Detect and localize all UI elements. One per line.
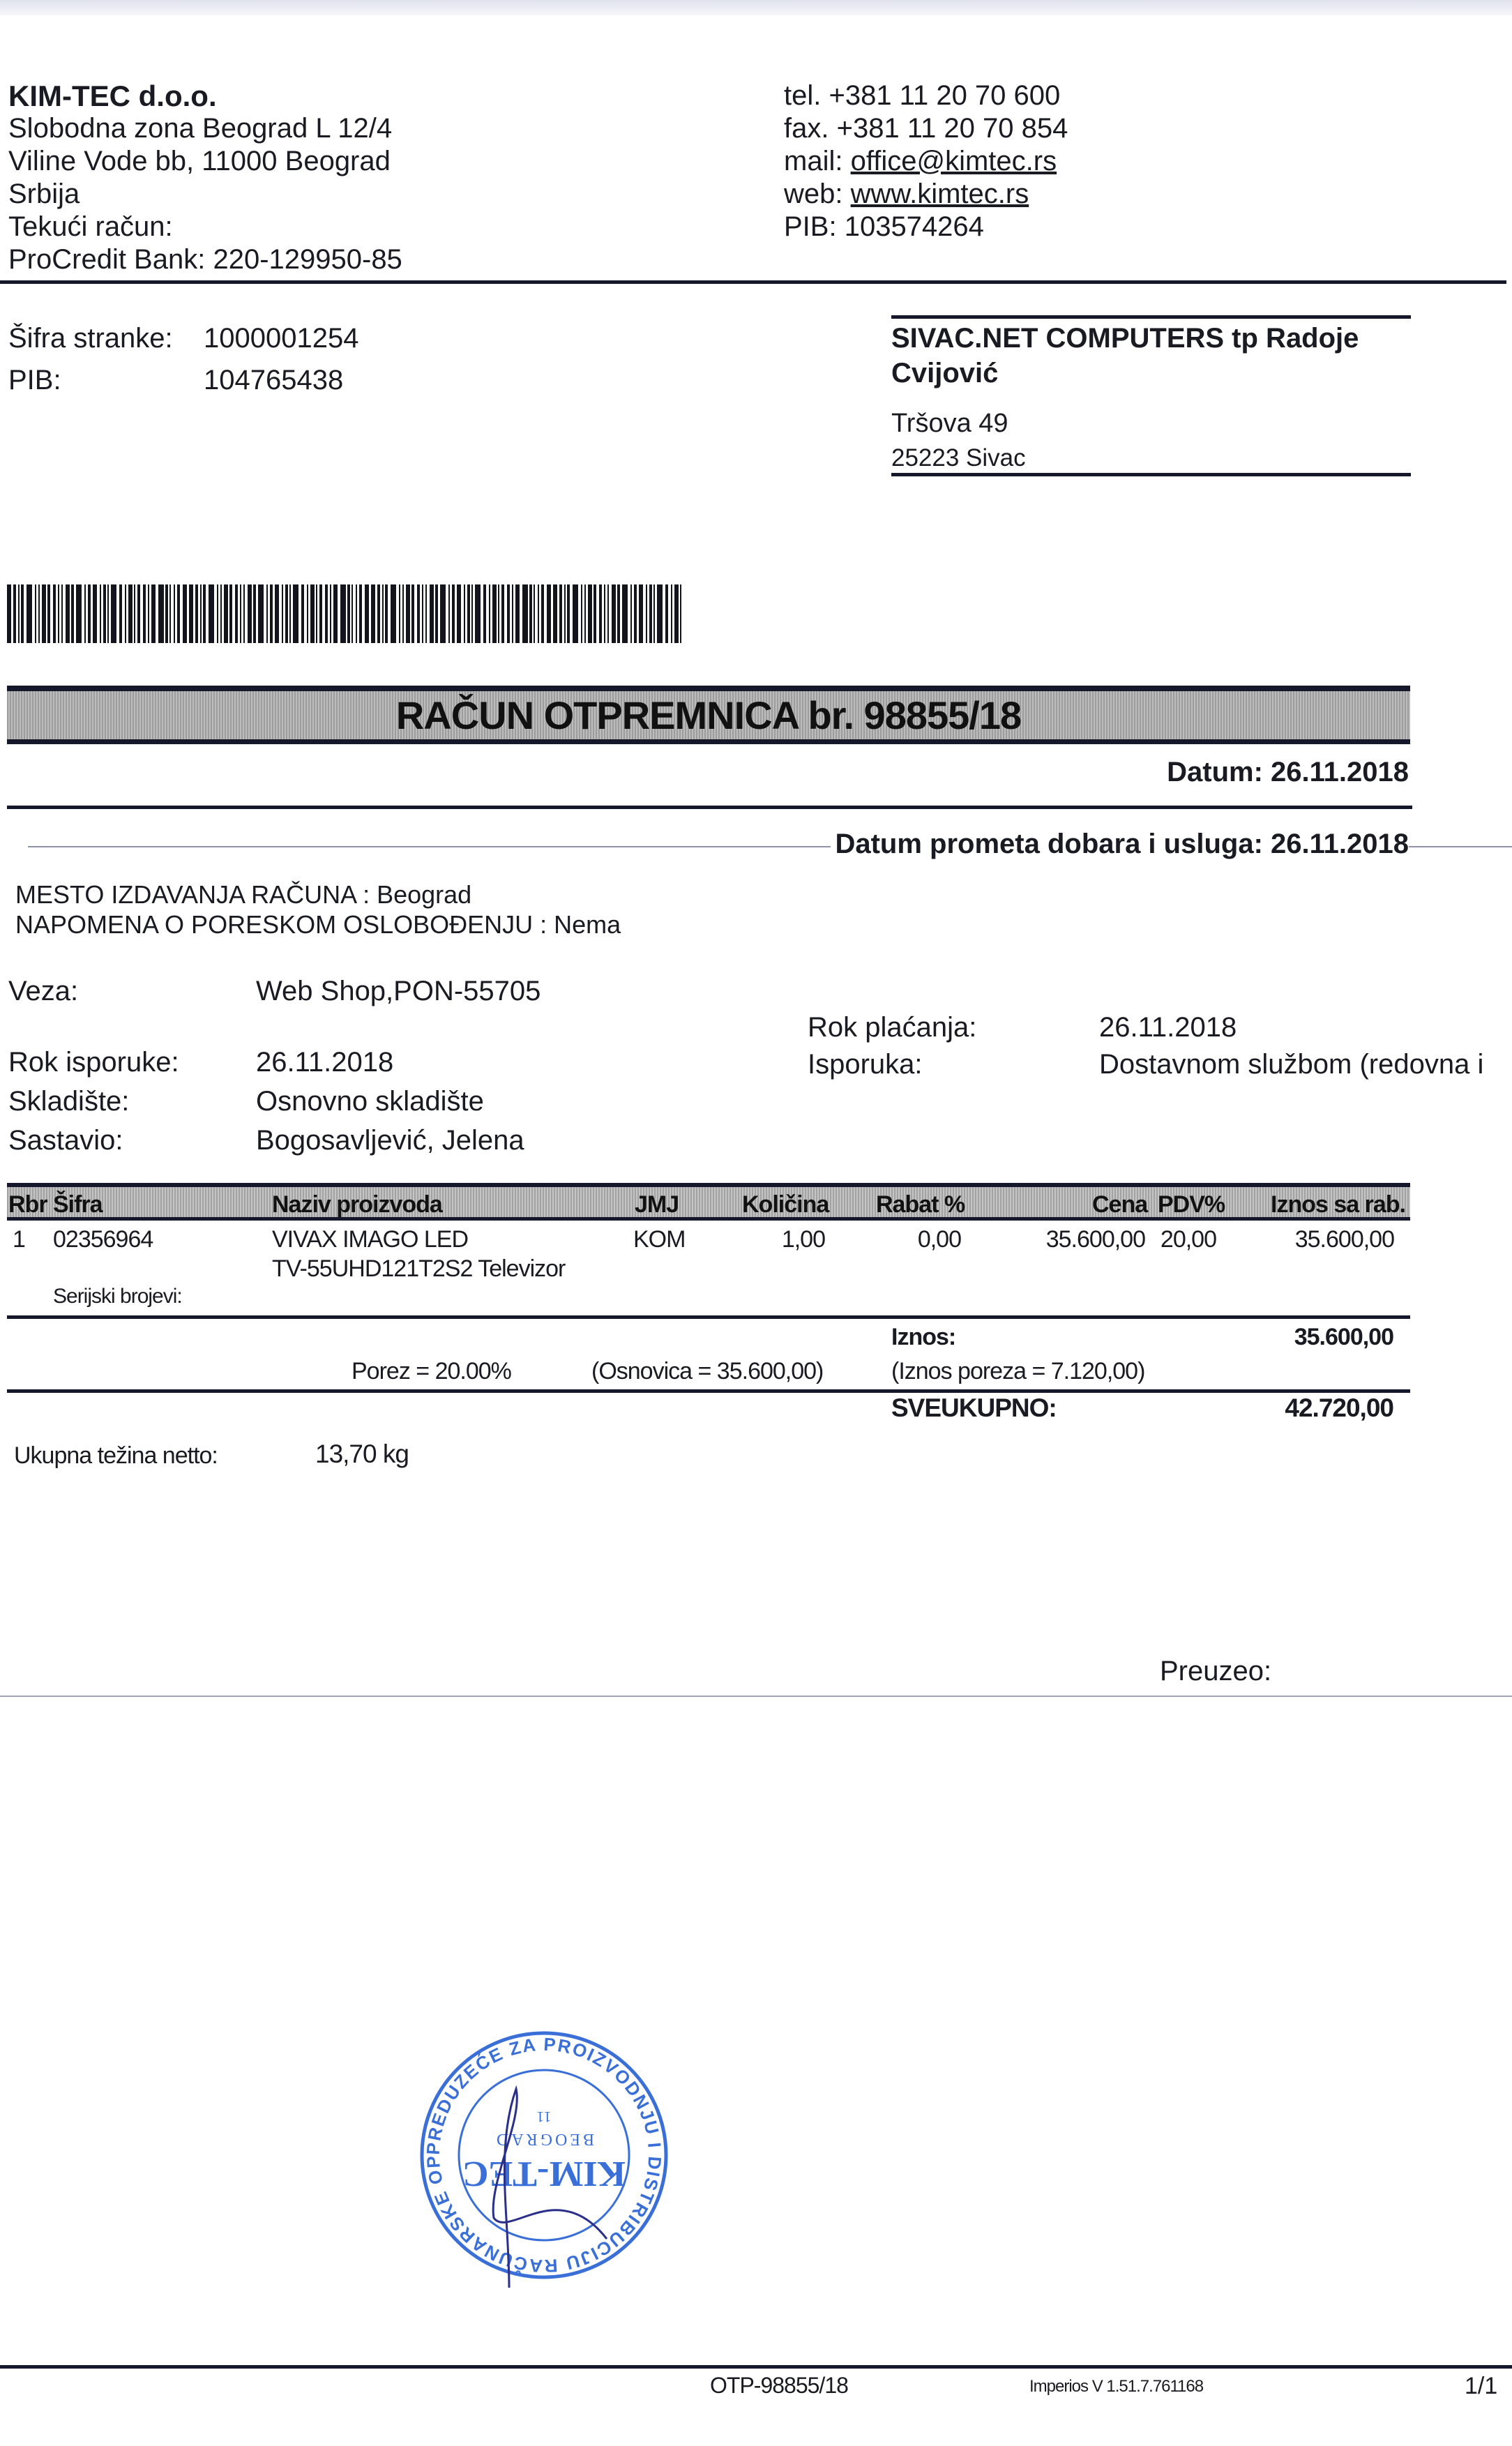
row-jmj: KOM: [633, 1226, 685, 1253]
delivery-deadline: 26.11.2018: [256, 1046, 393, 1079]
seller-country: Srbija: [8, 178, 402, 211]
col-sifra: Šifra: [53, 1191, 103, 1218]
buyer-bottom-rule: [891, 473, 1411, 476]
client-code-label: Šifra stranke:: [8, 322, 173, 355]
delivery-method: Dostavnom službom (redovna i: [1099, 1048, 1483, 1081]
place-of-issue: MESTO IZDAVANJA RAČUNA : Beograd: [15, 880, 471, 909]
buyer-name-line-2: Cvijović: [891, 356, 1359, 391]
col-naziv: Naziv proizvoda: [272, 1191, 442, 1218]
col-rbr: Rbr: [8, 1191, 47, 1218]
document-date: Datum: 26.11.2018: [1167, 757, 1409, 788]
row-pdv: 20,00: [1161, 1226, 1216, 1253]
transaction-date: Datum prometa dobara i usluga: 26.11.201…: [831, 829, 1409, 860]
seller-name: KIM-TEC d.o.o.: [8, 80, 402, 112]
warehouse: Osnovno skladište: [256, 1085, 484, 1118]
amount-label: Iznos:: [891, 1324, 955, 1351]
contact-mail-label: mail:: [784, 146, 842, 176]
tax-rate: Porez = 20.00%: [351, 1358, 511, 1385]
col-pdv: PDV%: [1158, 1191, 1225, 1218]
footer-software-version: Imperios V 1.51.7.761168: [1029, 2377, 1203, 2396]
footer-doc-ref: OTP-98855/18: [710, 2373, 848, 2399]
header-divider: [0, 280, 1506, 284]
table-bottom-rule: [7, 1315, 1410, 1319]
grand-total-label: SVEUKUPNO:: [891, 1394, 1057, 1423]
seller-bank: ProCredit Bank: 220-129950-85: [8, 243, 402, 276]
document-title-band: RAČUN OTPREMNICA br. 98855/18: [7, 686, 1410, 744]
row-kolicina: 1,00: [782, 1226, 825, 1253]
row-rabat: 0,00: [918, 1226, 961, 1253]
col-cena: Cena: [1092, 1191, 1147, 1218]
buyer-city: 25223 Sivac: [891, 441, 1026, 476]
link-label: Veza:: [8, 975, 78, 1008]
row-cena: 35.600,00: [1046, 1226, 1145, 1253]
client-pib: 104765438: [204, 364, 343, 397]
signature-line: [0, 1696, 1512, 1697]
footer-rule: [0, 2365, 1512, 2369]
received-by-label: Preuzeo:: [1160, 1656, 1271, 1687]
contact-web-row: web: www.kimtec.rs: [784, 178, 1068, 211]
col-iznos: Iznos sa rab.: [1271, 1191, 1405, 1218]
date-rule: [7, 806, 1412, 809]
contact-fax: fax. +381 11 20 70 854: [784, 112, 1068, 145]
payment-deadline-label: Rok plaćanja:: [808, 1011, 976, 1044]
buyer-top-rule: [891, 315, 1411, 319]
scan-artifact: [0, 0, 1512, 15]
row-rbr: 1: [13, 1226, 25, 1253]
seller-address-2: Viline Vode bb, 11000 Beograd: [8, 145, 402, 178]
email-link[interactable]: office@kimtec.rs: [851, 146, 1057, 176]
company-stamp: PREDUZEĆE ZA PROIZVODNJU I DISTRIBUCIJU …: [411, 2009, 676, 2288]
row-naziv-1: VIVAX IMAGO LED: [272, 1226, 468, 1253]
row-sifra: 02356964: [53, 1226, 153, 1253]
footer-page-number: 1/1: [1465, 2373, 1497, 2400]
document-title: RAČUN OTPREMNICA br. 98855/18: [396, 693, 1021, 738]
seller-account-label: Tekući račun:: [8, 211, 402, 243]
col-kolicina: Količina: [742, 1191, 829, 1218]
col-rabat: Rabat %: [876, 1191, 965, 1218]
contact-mail-row: mail: office@kimtec.rs: [784, 145, 1068, 178]
buyer-name-line-1: SIVAC.NET COMPUTERS tp Radoje: [891, 321, 1359, 356]
barcode: [7, 584, 687, 643]
tax-amount: (Iznos poreza = 7.120,00): [891, 1358, 1144, 1385]
client-pib-label: PIB:: [8, 364, 61, 397]
delivery-label: Isporuka:: [808, 1048, 923, 1081]
buyer-address: Tršova 49 25223 Sivac: [891, 406, 1026, 476]
amount-value: 35.600,00: [1294, 1324, 1393, 1351]
payment-deadline: 26.11.2018: [1099, 1011, 1237, 1044]
delivery-deadline-label: Rok isporuke:: [8, 1046, 179, 1079]
contact-web-label: web:: [784, 179, 843, 209]
tax-base: (Osnovica = 35.600,00): [591, 1358, 823, 1385]
seller-block: KIM-TEC d.o.o. Slobodna zona Beograd L 1…: [8, 80, 402, 276]
items-table-header: Rbr Šifra Naziv proizvoda JMJ Količina R…: [7, 1183, 1410, 1221]
buyer-name: SIVAC.NET COMPUTERS tp Radoje Cvijović: [891, 321, 1359, 391]
stamp-center-text: KIM-TEC: [462, 2154, 626, 2194]
warehouse-label: Skladište:: [8, 1085, 129, 1118]
stamp-number-text: 11: [536, 2108, 551, 2126]
composed-by: Bogosavljević, Jelena: [256, 1124, 524, 1157]
seller-address-1: Slobodna zona Beograd L 12/4: [8, 112, 402, 145]
link-value: Web Shop,PON-55705: [256, 975, 540, 1008]
col-jmj: JMJ: [635, 1191, 679, 1218]
grand-total: 42.720,00: [1285, 1394, 1393, 1423]
contact-tel: tel. +381 11 20 70 600: [784, 80, 1068, 112]
totals-rule: [7, 1389, 1410, 1393]
row-naziv-2: TV-55UHD121T2S2 Televizor: [272, 1255, 565, 1283]
buyer-street: Tršova 49: [891, 406, 1026, 441]
composed-by-label: Sastavio:: [8, 1124, 123, 1157]
client-code: 1000001254: [204, 322, 358, 355]
net-weight: 13,70 kg: [315, 1440, 409, 1469]
net-weight-label: Ukupna težina netto:: [14, 1442, 218, 1470]
row-iznos: 35.600,00: [1295, 1226, 1394, 1253]
seller-pib: PIB: 103574264: [784, 211, 1068, 243]
website-link[interactable]: www.kimtec.rs: [851, 179, 1029, 209]
serial-numbers-label: Serijski brojevi:: [53, 1285, 182, 1308]
contact-block: tel. +381 11 20 70 600 fax. +381 11 20 7…: [784, 80, 1068, 243]
tax-exemption-note: NAPOMENA O PORESKOM OSLOBOĐENJU : Nema: [15, 910, 621, 939]
